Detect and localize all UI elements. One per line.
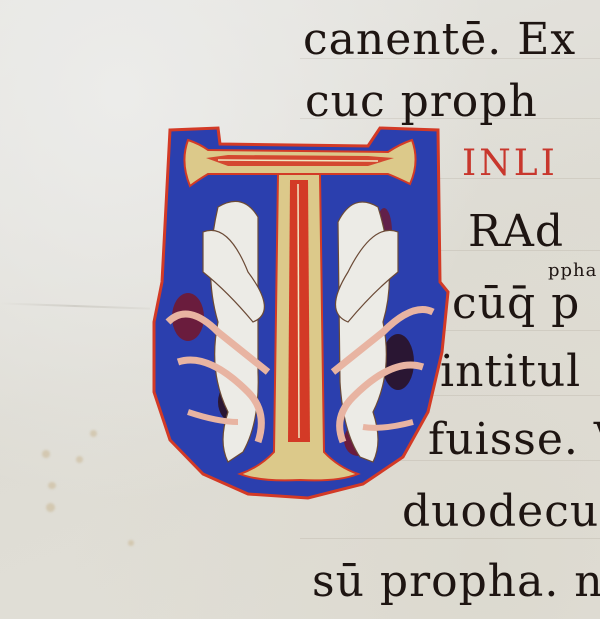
foxing-spot [48, 482, 56, 489]
text-line-2: cuc proph [305, 80, 538, 124]
text-line-1: canentē. Ex [303, 18, 576, 62]
rubric-line: INLI [462, 146, 558, 182]
text-line-6: cūq̄ p [452, 282, 580, 326]
ruling-line [300, 538, 600, 539]
foxing-spot [90, 430, 97, 437]
text-line-7: intitul [440, 350, 581, 394]
illuminated-initial-t [148, 122, 452, 502]
foxing-spot [46, 503, 55, 512]
foxing-spot [76, 456, 83, 463]
foxing-spot [42, 450, 50, 458]
text-line-8: fuisse. V [428, 418, 600, 462]
text-line-4: RAd [468, 210, 564, 254]
text-line-10: sū propha. n [312, 560, 600, 604]
foxing-spot [128, 540, 134, 546]
